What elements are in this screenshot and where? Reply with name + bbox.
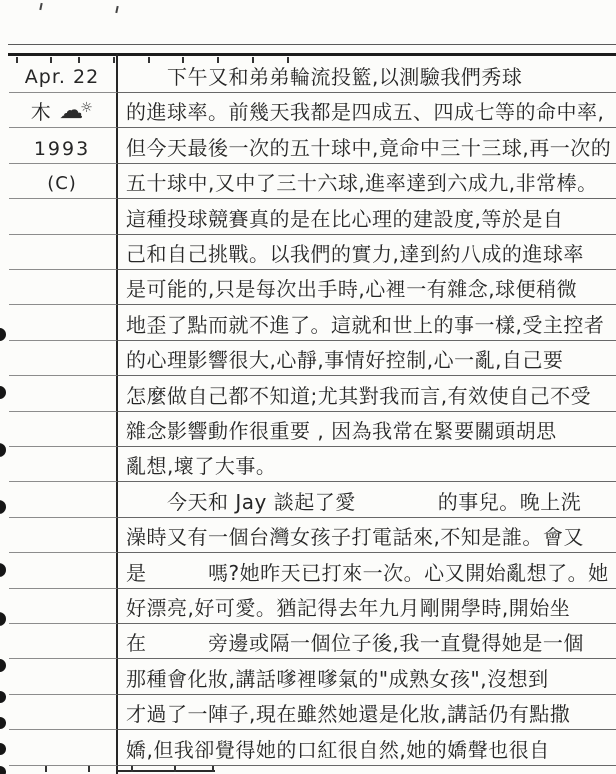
header-tick [252,57,254,63]
diary-line: 的心理影響很大,心靜,事情好控制,心一亂,自己要 [126,347,614,373]
ruled-line [9,481,616,482]
diary-line: 五十球中,又中了三十六球,進率達到六成九,非常棒。 [126,170,614,196]
bottom-tick [45,766,47,772]
binding-hole-mark [0,691,6,703]
binding-hole-mark [0,563,6,577]
diary-line: 在 旁邊或隔一個位子後,我一直覺得她是一個 [126,630,614,656]
binding-hole-mark [0,766,6,774]
ruled-line [9,623,616,624]
diary-line: 是可能的,只是每次出手時,心裡一有雜念,球便稍微 [126,276,614,302]
ruled-line [9,304,616,305]
diary-line: 亂想,壞了大事。 [126,453,614,479]
binding-hole-mark [0,328,6,341]
header-rule-thick [8,53,616,56]
binding-hole-mark [0,612,6,626]
ruled-line [9,92,616,93]
diary-line: 好漂亮,好可愛。猶記得去年九月剛開學時,開始坐 [126,595,614,621]
bottom-tick [174,766,176,772]
header-tick [16,57,18,63]
c-mark: (C) [8,171,116,197]
diary-line: 怎麼做自己都不知道;尤其對我而言,有效使自己不受 [126,383,614,409]
binding-hole-mark [0,443,6,457]
ruled-line [9,163,616,164]
header-tick [287,57,289,63]
header-tick [78,57,80,63]
diary-line: 那種會化妝,講話嗲裡嗲氣的"成熟女孩",沒想到 [126,666,614,692]
ruled-line [9,552,616,553]
weekday-label: 木 [31,99,52,125]
diary-line: 是 嗎?她昨天已打來一次。心又開始亂想了。她 [126,560,614,586]
bottom-tick [88,766,90,772]
ruled-line [9,198,616,199]
header-rule-thin [8,44,616,45]
header-tick [113,57,115,63]
binding-hole-mark [0,500,6,514]
ruled-line [9,127,616,128]
diary-line: 雜念影響動作很重要 , 因為我常在緊要關頭胡思 [126,418,614,444]
notebook-page: Apr. 22 木 ☼ ☁ 1993 (C) 下午又和弟弟輪流投籃,以測驗我們秀… [0,0,616,774]
cloud-icon: ☁ [59,97,84,123]
binding-hole-mark [0,743,6,755]
diary-line: 才過了一陣子,現在雖然她還是化妝,講話仍有點撒 [126,701,614,727]
ruled-line [9,340,616,341]
ruled-line [9,658,616,659]
diary-line: 地歪了點而就不進了。這就和世上的事一樣,受主控者 [126,312,614,338]
ruled-line [9,694,616,695]
year-label: 1993 [8,136,116,162]
ruled-line [9,729,616,730]
ruled-line [9,375,616,376]
diary-line: 這種投球競賽真的是在比心理的建設度,等於是自 [126,206,614,232]
ruled-line [9,588,616,589]
sun-behind-cloud-icon: ☼ ☁ [59,99,93,125]
bottom-tick [212,766,214,772]
ruled-line [9,517,616,518]
binding-hole-mark [0,717,6,729]
ruled-line [9,765,616,766]
diary-line: 嬌,但我卻覺得她的口紅很自然,她的嬌聲也很自 [126,737,614,763]
ruled-line [9,269,616,270]
pen-mark [115,6,118,13]
header-tick [217,57,219,63]
ruled-line [9,234,616,235]
header-tick [148,57,150,63]
weekday-row: 木 ☼ ☁ [8,99,116,125]
diary-line: 今天和 Jay 談起了愛 的事兒。晚上洗 [126,489,614,515]
diary-line: 的進球率。前幾天我都是四成五、四成七等的命中率, [126,99,614,125]
header-tick [182,57,184,63]
pen-mark [39,3,42,10]
ruled-line [9,411,616,412]
diary-line: 己和自己挑戰。以我們的實力,達到約八成的進球率 [126,241,614,267]
date-label: Apr. 22 [8,64,116,90]
bottom-tick [131,766,133,772]
diary-line: 澡時又有一個台灣女孩子打電話來,不知是誰。會又 [126,524,614,550]
binding-hole-mark [0,386,6,399]
diary-line: 下午又和弟弟輪流投籃,以測驗我們秀球 [126,64,614,90]
diary-line: 但今天最後一次的五十球中,竟命中三十三球,再一次的 [126,135,614,161]
header-tick [50,57,52,63]
binding-hole-mark [0,659,6,672]
ruled-line [9,446,616,447]
